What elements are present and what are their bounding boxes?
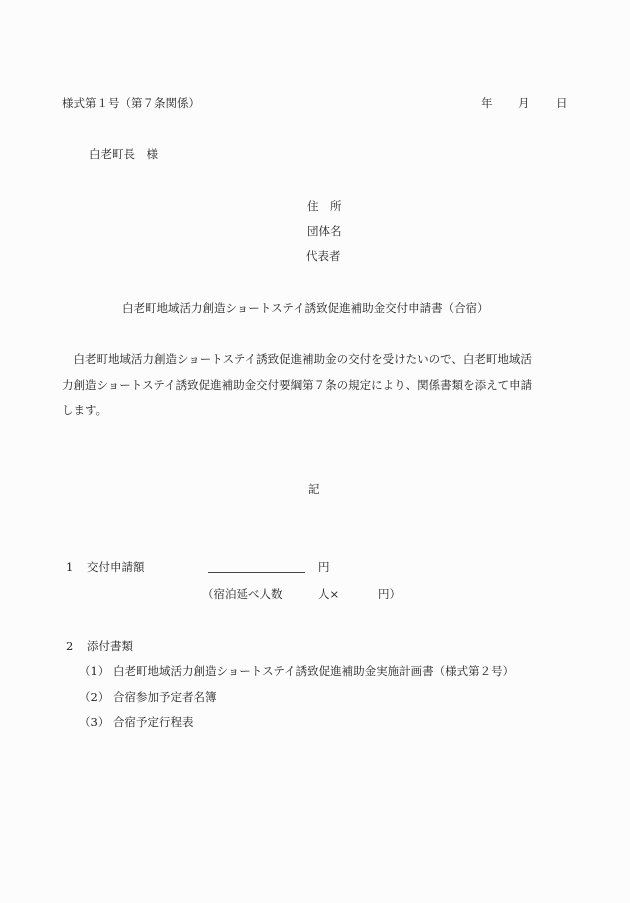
address-label: 住 所 — [307, 199, 342, 213]
amount-input-line[interactable] — [208, 572, 305, 573]
body-line-2: 力創造ショートステイ誘致促進補助金交付要綱第７条の規定により、関係書類を添えて申… — [62, 378, 532, 392]
section-1-number: 1 — [66, 560, 73, 574]
section-1-label: 交付申請額 — [87, 560, 145, 574]
year-label: 年 — [481, 96, 493, 110]
section-2-number: 2 — [66, 639, 73, 653]
section-2-label: 添付書類 — [87, 639, 133, 653]
attachment-item-text: 合宿予定行程表 — [113, 715, 194, 729]
attachment-item-number: （1） — [79, 664, 109, 678]
persons-unit: 人× — [318, 587, 339, 601]
organization-label: 団体名 — [307, 224, 342, 238]
breakdown-close: 円） — [378, 587, 401, 601]
attachment-item-number: （3） — [79, 715, 109, 729]
yen-unit: 円 — [318, 560, 330, 574]
ki-heading: 記 — [308, 482, 320, 496]
form-number: 様式第１号（第７条関係） — [62, 96, 200, 110]
breakdown-open: （宿泊延べ人数 — [202, 587, 283, 601]
attachment-item-text: 合宿参加予定者名簿 — [113, 690, 217, 704]
body-line-1: 白老町地域活力創造ショートステイ誘致促進補助金の交付を受けたいので、白老町地域活 — [62, 352, 532, 366]
month-label: 月 — [518, 96, 530, 110]
attachment-item-number: （2） — [79, 690, 109, 704]
day-label: 日 — [556, 96, 568, 110]
addressee: 白老町長 様 — [89, 147, 158, 161]
representative-label: 代表者 — [306, 249, 341, 263]
attachment-item-text: 白老町地域活力創造ショートステイ誘致促進補助金実施計画書（様式第２号） — [113, 664, 514, 678]
document-title: 白老町地域活力創造ショートステイ誘致促進補助金交付申請書（合宿） — [122, 301, 489, 315]
body-line-3: します。 — [62, 403, 107, 417]
